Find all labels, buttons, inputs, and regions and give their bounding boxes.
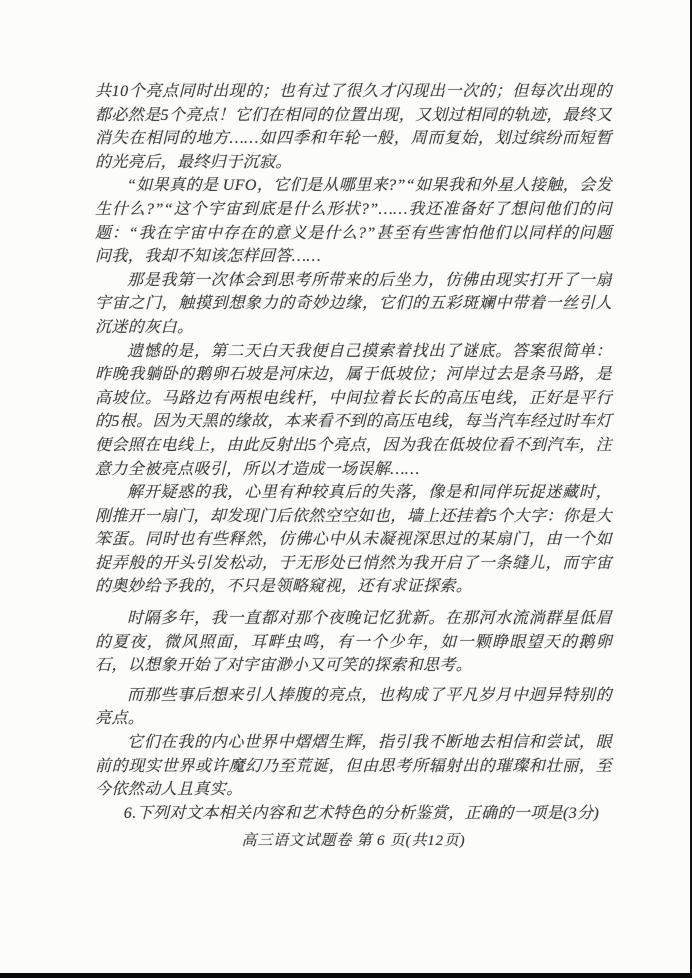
- body-paragraph: 它们在我的内心世界中熠熠生辉，指引我不断地去相信和尝试，眼前的现实世界或许魔幻乃…: [95, 731, 612, 802]
- body-paragraph: 时隔多年，我一直都对那个夜晚记忆犹新。在那河水流淌群星低眉的夏夜，微风照面，耳畔…: [95, 607, 612, 678]
- body-paragraph: 那是我第一次体会到思考所带来的后坐力，仿佛由现实打开了一扇宇宙之门，触摸到想象力…: [95, 269, 612, 340]
- scanned-exam-page: 共10个亮点同时出现的；也有过了很久才闪现出一次的；但每次出现的都必然是5个亮点…: [0, 0, 692, 978]
- body-paragraph: 共10个亮点同时出现的；也有过了很久才闪现出一次的；但每次出现的都必然是5个亮点…: [95, 80, 612, 174]
- body-paragraph: 解开疑惑的我，心里有种较真后的失落，像是和同伴玩捉迷藏时，刚推开一扇门，却发现门…: [95, 481, 612, 599]
- body-paragraph: “如果真的是 UFO，它们是从哪里来?”“如果我和外星人接触，会发生什么?”“这…: [95, 174, 612, 268]
- body-paragraph: 而那些事后想来引人捧腹的亮点，也构成了平凡岁月中迥异特别的亮点。: [95, 684, 612, 731]
- page-footer: 高三语文试题卷 第 6 页(共12页): [95, 830, 612, 854]
- question-item-6: 6.下列对文本相关内容和艺术特色的分析鉴赏，正确的一项是(3分): [95, 802, 612, 826]
- scan-edge-bottom: [0, 973, 692, 978]
- body-paragraph: 遗憾的是，第二天白天我便自己摸索着找出了谜底。答案很简单：昨晚我躺卧的鹅卵石坡是…: [95, 340, 612, 482]
- passage-text-block: 共10个亮点同时出现的；也有过了很久才闪现出一次的；但每次出现的都必然是5个亮点…: [95, 80, 612, 854]
